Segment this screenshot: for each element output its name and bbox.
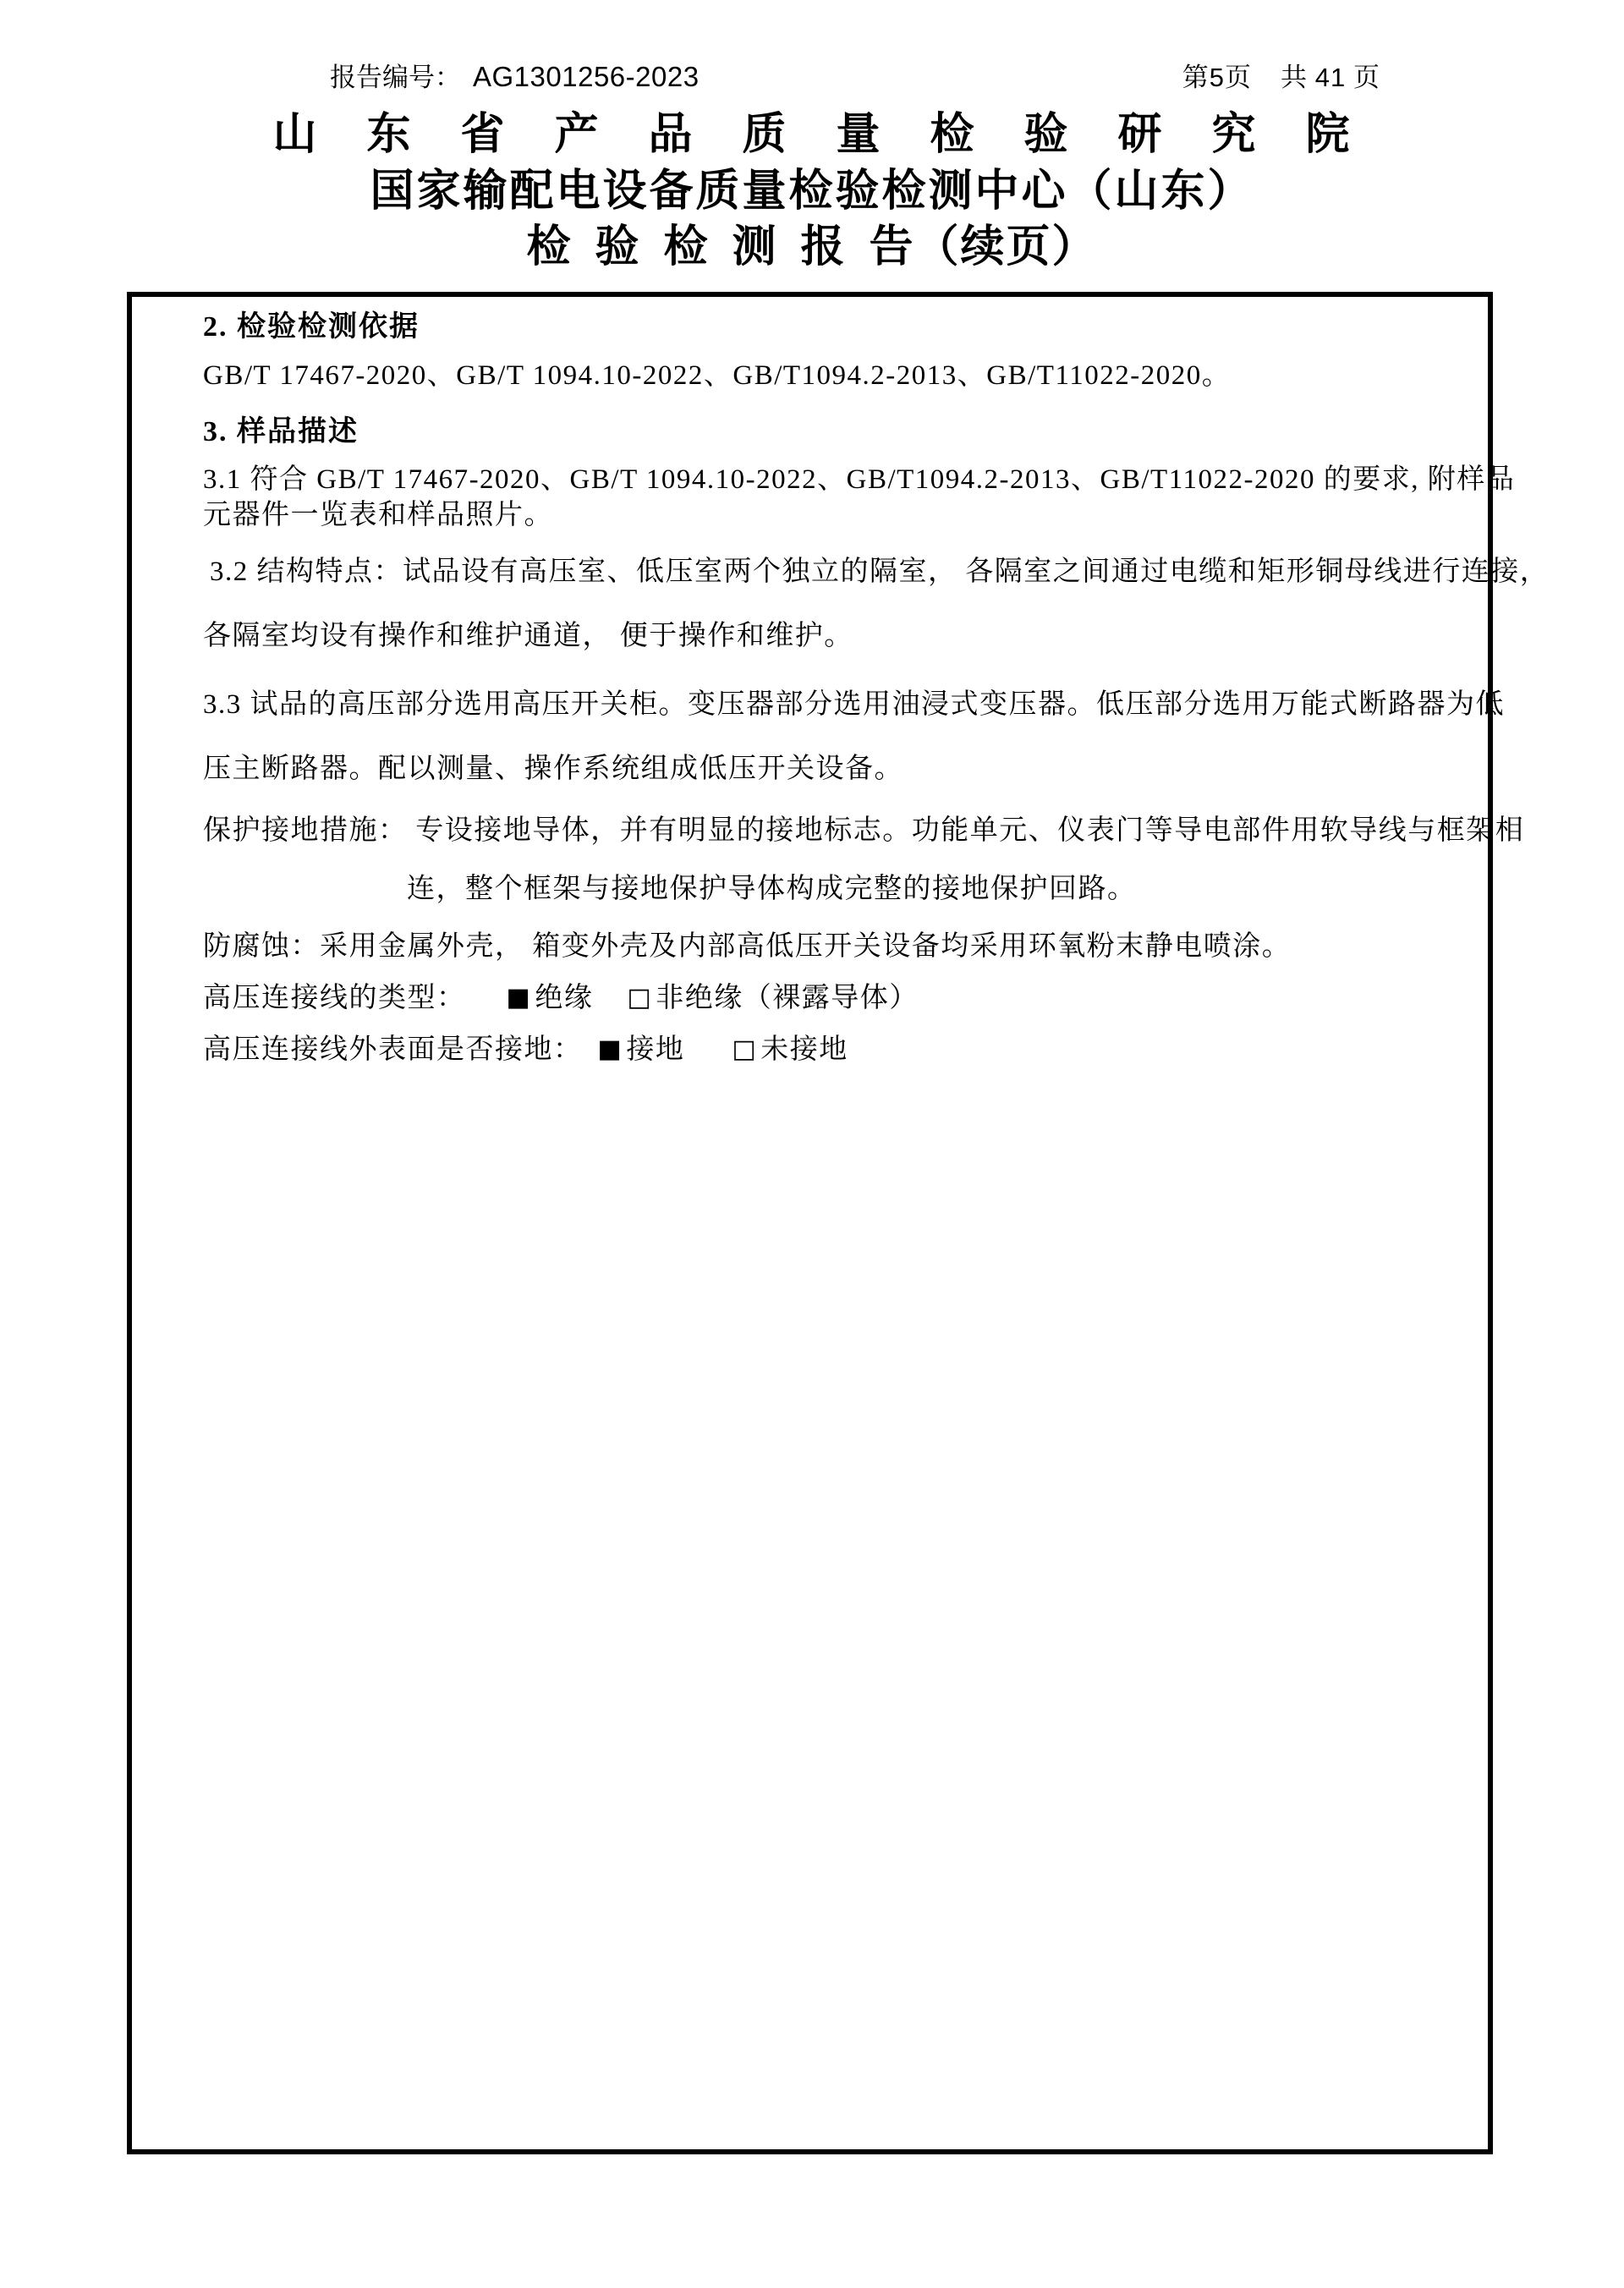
page-cur-suffix: 页 <box>1225 63 1252 92</box>
page-indicator: 第5页共 41 页 <box>1182 56 1380 94</box>
checkbox-checked-icon: ■ <box>507 982 532 1014</box>
hv-ground-option-grounded: 接地 <box>626 1034 684 1065</box>
report-number: 报告编号：AG1301256-2023 <box>330 56 700 94</box>
hv-line-type-row: 高压连接线的类型：■绝缘□非绝缘（裸露导体） <box>203 982 919 1015</box>
para-3-2-line-1: 3.2 结构特点：试品设有高压室、低压室两个独立的隔室， 各隔室之间通过电缆和矩… <box>210 556 1549 588</box>
page-total-num: 41 <box>1315 63 1346 92</box>
report-number-value: AG1301256-2023 <box>473 61 700 92</box>
title-report-continued: 检 验 检 测 报 告（续页） <box>0 222 1624 273</box>
page-cur-prefix: 第 <box>1182 63 1210 92</box>
anticorrosion-line: 防腐蚀：采用金属外壳， 箱变外壳及内部高低压开关设备均采用环氧粉末静电喷涂。 <box>203 930 1291 963</box>
hv-surface-ground-label: 高压连接线外表面是否接地： <box>203 1034 583 1065</box>
page-header: 报告编号：AG1301256-2023 第5页共 41 页 <box>330 56 1380 94</box>
grounding-measures-line-1: 保护接地措施： 专设接地导体，并有明显的接地标志。功能单元、仪表门等导电部件用软… <box>203 815 1524 847</box>
hv-type-option-noninsulated: 非绝缘（裸露导体） <box>656 983 919 1013</box>
checkbox-unchecked-icon: □ <box>627 982 652 1014</box>
para-3-3-line-2: 压主断路器。配以测量、操作系统组成低压开关设备。 <box>203 753 903 785</box>
page-cur-num: 5 <box>1210 63 1225 92</box>
hv-type-option-insulated: 绝缘 <box>535 983 593 1013</box>
hv-line-type-label: 高压连接线的类型： <box>203 983 466 1013</box>
section-3-heading: 3. 样品描述 <box>203 416 359 448</box>
para-3-2-line-2: 各隔室均设有操作和维护通道， 便于操作和维护。 <box>203 620 853 652</box>
title-center: 国家输配电设备质量检验检测中心（山东） <box>0 167 1624 217</box>
para-3-1-line-1: 3.1 符合 GB/T 17467-2020、GB/T 1094.10-2022… <box>203 464 1515 496</box>
hv-ground-option-ungrounded: 未接地 <box>760 1034 848 1065</box>
report-number-label: 报告编号： <box>330 63 461 92</box>
page-total-prefix: 共 <box>1281 63 1308 92</box>
title-institute: 山 东 省 产 品 质 量 检 验 研 究 院 <box>0 110 1624 161</box>
page-total-suffix: 页 <box>1353 63 1380 92</box>
report-content-box: 2. 检验检测依据 GB/T 17467-2020、GB/T 1094.10-2… <box>127 292 1493 2154</box>
para-3-3-line-1: 3.3 试品的高压部分选用高压开关柜。变压器部分选用油浸式变压器。低压部分选用万… <box>203 689 1505 721</box>
checkbox-checked-icon: ■ <box>598 1034 623 1066</box>
para-3-1-line-2: 元器件一览表和样品照片。 <box>203 499 553 531</box>
grounding-measures-line-2: 连，整个框架与接地保护导体构成完整的接地保护回路。 <box>407 873 1137 905</box>
section-2-heading: 2. 检验检测依据 <box>203 311 420 343</box>
section-2-standards: GB/T 17467-2020、GB/T 1094.10-2022、GB/T10… <box>203 359 1231 392</box>
checkbox-unchecked-icon: □ <box>732 1034 757 1066</box>
hv-surface-ground-row: 高压连接线外表面是否接地：■接地□未接地 <box>203 1034 848 1067</box>
